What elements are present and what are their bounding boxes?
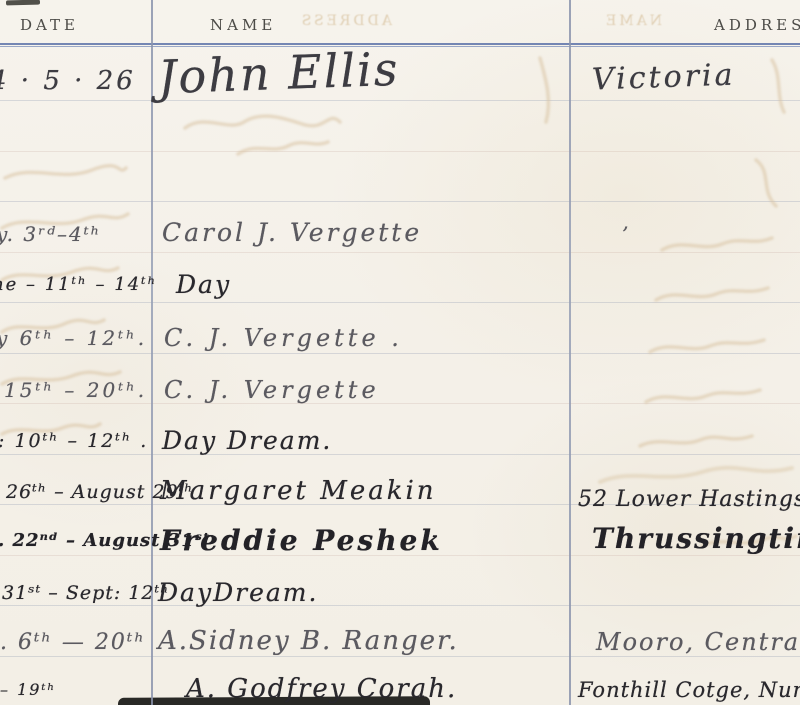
ledger-page: DATE NAME ADDRESS ADDRESS NAME 4 · 5 · 2… [0,0,800,705]
entry-date: ne – 11ᵗʰ – 14ᵗʰ [0,274,157,295]
bleedthrough-name-label: NAME [606,13,662,29]
entry-name: Day Dream. [162,426,332,455]
column-header-address: ADDRESS [714,16,800,34]
entry-name: DayDream. [158,578,318,607]
entry-address: Fonthill Cotge, Nur [578,678,800,702]
entry-address: Victoria [591,58,736,98]
column-header-date: DATE [20,16,79,34]
entry-address: Thrussingtin [592,522,800,555]
entry-address: Mooro, Central A [596,628,800,656]
bleedthrough-address-label: ADDRESS [300,13,392,29]
entry-date: 4 · 5 · 26 [0,66,136,96]
entry-name: Freddie Peshek [160,524,443,557]
entry-name: C. J. Vergette . [164,324,403,352]
entry-name: Carol J. Vergette [162,218,422,247]
entry-address: 52 Lower Hastings S [578,487,800,512]
entry-name: A.Sidney B. Ranger. [158,626,459,656]
column-header-name: NAME [210,16,276,34]
entry-address: ’ [622,222,628,246]
entry-date: y. 3ʳᵈ–4ᵗʰ [0,222,101,246]
entry-name: C. J. Vergette [164,376,380,404]
entry-date: : 10ᵗʰ – 12ᵗʰ . [0,430,148,452]
entry-date: . 6ᵗʰ — 20ᵗʰ [0,630,146,655]
entry-date: 31ˢᵗ – Sept: 12ᵗʰ [2,582,169,604]
entry-date: y 6ᵗʰ – 12ᵗʰ. [0,326,147,350]
entry-name-signature: John Ellis [157,42,400,104]
entry-name: Day [176,270,231,299]
entry-date: 15ᵗʰ – 20ᵗʰ. [4,378,147,402]
entry-name: Margaret Meakin [160,476,437,506]
entry-date: – 19ᵗʰ [0,680,56,699]
entry-name: A. Godfrey Corah. [186,674,457,704]
